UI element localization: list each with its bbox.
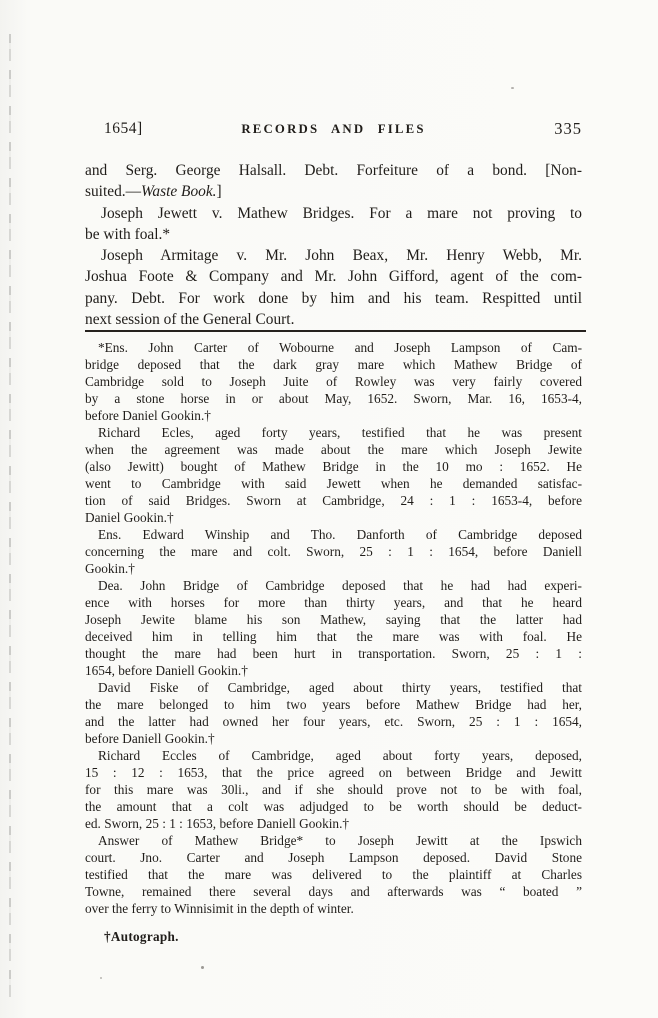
text-line: and Serg. George Halsall. Debt. Forfeitu…	[85, 160, 582, 181]
text-line: for this mare was 30li., and if she shou…	[85, 781, 582, 798]
footnote-separator-rule	[85, 330, 586, 332]
text-line: Joseph Jewite blame his son Mathew, sayi…	[85, 611, 582, 628]
scan-speck	[511, 87, 514, 89]
text-line: the amount that a colt was adjudged to b…	[85, 798, 582, 815]
text-line: thought the mare had been hurt in transp…	[85, 645, 582, 662]
paragraph: David Fiske of Cambridge, aged about thi…	[85, 679, 582, 747]
text-line: testified that the mare was delivered to…	[85, 866, 582, 883]
text-line: and the latter had owned her four years,…	[85, 713, 582, 730]
text-line: (also Jewitt) bought of Mathew Bridge in…	[85, 458, 582, 475]
paragraph: Answer of Mathew Bridge* to Joseph Jewit…	[85, 832, 582, 917]
text-line: next session of the General Court.	[85, 309, 582, 330]
text-line: Towne, remained there several days and a…	[85, 883, 582, 900]
text-line: before Daniel Gookin.†	[85, 407, 582, 424]
text-line: court. Jno. Carter and Joseph Lampson de…	[85, 849, 582, 866]
scanned-book-page: 1654] RECORDS AND FILES 335 and Serg. Ge…	[0, 0, 658, 1018]
paragraph: Joseph Armitage v. Mr. John Beax, Mr. He…	[85, 245, 582, 330]
footnote-block: *Ens. John Carter of Wobourne and Joseph…	[85, 339, 582, 917]
autograph-note: †Autograph.	[104, 929, 179, 945]
text-line: the mare belonged to him two years befor…	[85, 696, 582, 713]
text-line: ence with horses for more than thirty ye…	[85, 594, 582, 611]
text-line: before Daniell Gookin.†	[85, 730, 582, 747]
text-line: Richard Eccles of Cambridge, aged about …	[85, 747, 582, 764]
text-line: over the ferry to Winnisimit in the dept…	[85, 900, 582, 917]
text-line: Richard Ecles, aged forty years, testifi…	[85, 424, 582, 441]
scan-speck	[100, 977, 102, 979]
paragraph: Richard Ecles, aged forty years, testifi…	[85, 424, 582, 526]
text-line: deceived him in telling him that the mar…	[85, 628, 582, 645]
paragraph: Richard Eccles of Cambridge, aged about …	[85, 747, 582, 832]
text-line: *Ens. John Carter of Wobourne and Joseph…	[85, 339, 582, 356]
text-line: ed. Sworn, 25 : 1 : 1653, before Daniell…	[85, 815, 582, 832]
page-header: 1654] RECORDS AND FILES 335	[85, 119, 582, 141]
paragraph: Dea. John Bridge of Cambridge deposed th…	[85, 577, 582, 679]
text-line: Joshua Foote & Company and Mr. John Giff…	[85, 266, 582, 287]
text-line: Daniel Gookin.†	[85, 509, 582, 526]
paragraph: and Serg. George Halsall. Debt. Forfeitu…	[85, 160, 582, 203]
paragraph: Ens. Edward Winship and Tho. Danforth of…	[85, 526, 582, 577]
text-line: Gookin.†	[85, 560, 582, 577]
text-line: Cambridge sold to Joseph Juite of Rowley…	[85, 373, 582, 390]
text-line: tion of said Bridges. Sworn at Cambridge…	[85, 492, 582, 509]
scan-speck	[201, 966, 204, 969]
text-line: Ens. Edward Winship and Tho. Danforth of…	[85, 526, 582, 543]
main-text-block: and Serg. George Halsall. Debt. Forfeitu…	[85, 160, 582, 330]
paragraph: Joseph Jewett v. Mathew Bridges. For a m…	[85, 203, 582, 246]
text-line: Answer of Mathew Bridge* to Joseph Jewit…	[85, 832, 582, 849]
text-line: pany. Debt. For work done by him and his…	[85, 288, 582, 309]
header-running-title: RECORDS AND FILES	[85, 122, 582, 137]
text-line: David Fiske of Cambridge, aged about thi…	[85, 679, 582, 696]
text-line: concerning the mare and colt. Sworn, 25 …	[85, 543, 582, 560]
text-line: went to Cambridge with said Jewett when …	[85, 475, 582, 492]
paragraph: *Ens. John Carter of Wobourne and Joseph…	[85, 339, 582, 424]
text-line: bridge deposed that the dark gray mare w…	[85, 356, 582, 373]
text-line: Joseph Jewett v. Mathew Bridges. For a m…	[85, 203, 582, 224]
text-line: when the agreement was made about the ma…	[85, 441, 582, 458]
text-line: 15 : 12 : 1653, that the price agreed on…	[85, 764, 582, 781]
header-page-number: 335	[554, 119, 582, 139]
text-line: 1654, before Daniell Gookin.†	[85, 662, 582, 679]
text-line: by a stone horse in or about May, 1652. …	[85, 390, 582, 407]
text-line: Joseph Armitage v. Mr. John Beax, Mr. He…	[85, 245, 582, 266]
text-line: be with foal.*	[85, 224, 582, 245]
text-line: suited.—Waste Book.]	[85, 181, 582, 202]
text-line: Dea. John Bridge of Cambridge deposed th…	[85, 577, 582, 594]
scan-gutter-line	[9, 34, 11, 1002]
